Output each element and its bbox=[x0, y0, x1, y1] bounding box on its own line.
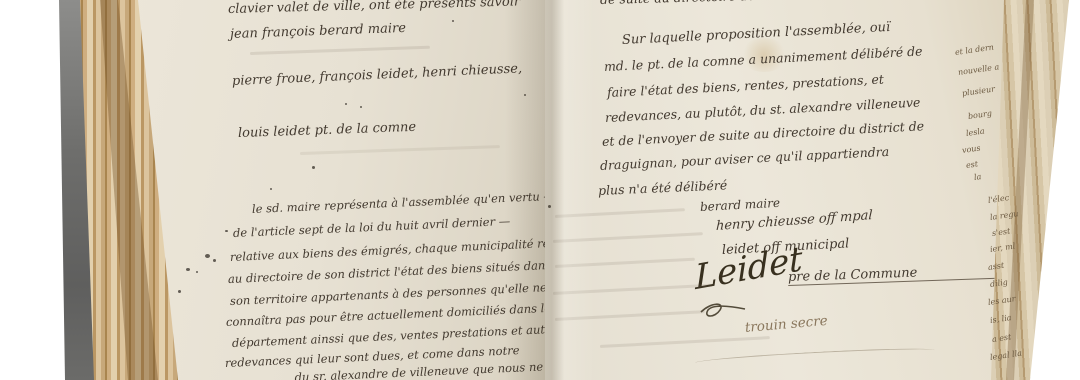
paragraph-line: draguignan, pour aviser ce qu'il apparti… bbox=[600, 144, 890, 173]
signature-flourish bbox=[697, 300, 755, 322]
signature-secretary: trouin secre bbox=[744, 313, 828, 336]
ink-speck bbox=[186, 268, 190, 271]
ghost-text-line bbox=[250, 46, 430, 55]
page-gutter bbox=[505, 0, 595, 380]
ink-speck bbox=[213, 259, 216, 262]
manuscript-photo: clavier valet de ville, ont été présents… bbox=[0, 0, 1080, 380]
pen-stroke bbox=[695, 346, 935, 368]
text-fragment: la bbox=[973, 172, 982, 182]
ghost-text-line bbox=[600, 336, 770, 348]
ink-speck bbox=[178, 290, 181, 293]
ghost-text-line bbox=[300, 145, 500, 155]
paragraph-line: de l'article sept de la loi du huit avri… bbox=[233, 214, 511, 240]
manuscript-line: clavier valet de ville, ont été présents… bbox=[228, 0, 521, 17]
text-fragment: est bbox=[965, 159, 978, 170]
closing-line: plus n'a été délibéré bbox=[598, 177, 728, 198]
signature-title-underline: pre de la Commune bbox=[788, 262, 1006, 286]
ink-speck bbox=[270, 188, 272, 190]
left-page: clavier valet de ville, ont été présents… bbox=[110, 0, 550, 380]
ink-speck bbox=[196, 271, 198, 273]
manuscript-line: louis leidet pt. de la comne bbox=[238, 120, 417, 141]
ink-speck bbox=[452, 20, 454, 22]
signature-leidet-president: Leidet bbox=[694, 239, 803, 298]
manuscript-line-partial: de suite au directoire du distric... bbox=[600, 0, 813, 7]
paragraph-line: faire l'état des biens, rentes, prestati… bbox=[607, 71, 885, 100]
ink-speck bbox=[312, 166, 315, 169]
ink-speck bbox=[345, 103, 347, 105]
manuscript-line: jean françois berard maire bbox=[230, 21, 406, 42]
manuscript-line: pierre froue, françois leidet, henri chi… bbox=[232, 61, 523, 89]
signature-berard: berard maire bbox=[700, 196, 781, 214]
ink-speck bbox=[360, 106, 362, 108]
right-page: de suite au directoire du distric... Sur… bbox=[545, 0, 1020, 380]
ink-speck bbox=[205, 254, 210, 258]
ink-speck bbox=[225, 230, 228, 232]
signature-president-title: pre de la Commune bbox=[788, 262, 1006, 286]
